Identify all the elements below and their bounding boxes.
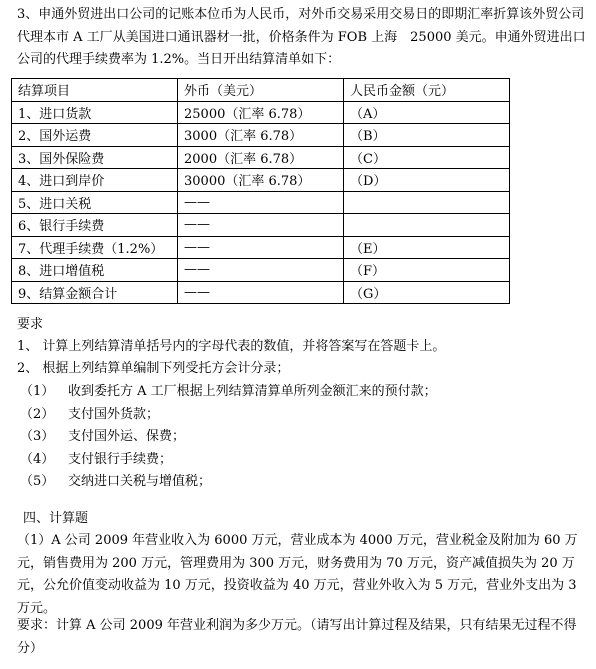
cell-foreign: —— (178, 214, 344, 237)
problem-intro: 3、申通外贸进出口公司的记账本位币为人民币，对外币交易采用交易日的即期汇率折算该… (17, 4, 592, 72)
settlement-table: 结算项目 外币（美元） 人民币金额（元） 1、进口货款 25000（汇率 6.7… (11, 78, 510, 304)
subitem-text: 收到委托方 A 工厂根据上列结算清算单所列金额汇来的预付款； (68, 384, 437, 399)
cell-rmb (344, 214, 510, 237)
header-foreign-currency: 外币（美元） (178, 79, 344, 102)
journal-subitem-1: （1）收到委托方 A 工厂根据上列结算清算单所列金额汇来的预付款； (20, 381, 437, 403)
table-row: 4、进口到岸价 30000（汇率 6.78） （D） (12, 169, 510, 192)
journal-subitem-3: （3）支付国外运、保费； (20, 426, 185, 448)
table-row: 7、代理手续费（1.2%） —— （E） (12, 236, 510, 259)
cell-item: 4、进口到岸价 (12, 169, 178, 192)
cell-rmb: （E） (344, 236, 510, 259)
cell-foreign: —— (178, 191, 344, 214)
table-row: 1、进口货款 25000（汇率 6.78） （A） (12, 101, 510, 124)
cell-rmb (344, 191, 510, 214)
header-rmb-amount: 人民币金额（元） (344, 79, 510, 102)
cell-foreign: —— (178, 281, 344, 304)
cell-item: 3、国外保险费 (12, 146, 178, 169)
requirement-2: 2、 根据上列结算单编制下列受托方会计分录； (17, 358, 289, 380)
cell-item: 5、进口关税 (12, 191, 178, 214)
cell-foreign: 3000（汇率 6.78） (178, 124, 344, 147)
subitem-number: （1） (20, 381, 68, 403)
table-row: 6、银行手续费 —— (12, 214, 510, 237)
calculation-problem: （1）A 公司 2009 年营业收入为 6000 万元，营业成本为 4000 万… (17, 530, 582, 620)
cell-rmb: （A） (344, 101, 510, 124)
subitem-text: 支付国外货款； (68, 407, 159, 422)
journal-subitem-2: （2）支付国外货款； (20, 404, 159, 426)
requirement-1: 1、 计算上列结算清单括号内的字母代表的数值，并将答案写在答题卡上。 (17, 336, 445, 358)
requirements-title: 要求 (17, 314, 43, 336)
section-title: 四、计算题 (23, 508, 88, 530)
table-row: 8、进口增值税 —— （F） (12, 259, 510, 282)
subitem-number: （5） (20, 471, 68, 493)
cell-item: 6、银行手续费 (12, 214, 178, 237)
cell-item: 1、进口货款 (12, 101, 178, 124)
cell-rmb: （C） (344, 146, 510, 169)
journal-subitem-5: （5）交纳进口关税与增值税； (20, 471, 211, 493)
cell-foreign: —— (178, 259, 344, 282)
subitem-text: 支付国外运、保费； (68, 429, 185, 444)
subitem-number: （3） (20, 426, 68, 448)
cell-item: 8、进口增值税 (12, 259, 178, 282)
table-row: 3、国外保险费 2000（汇率 6.78） （C） (12, 146, 510, 169)
journal-subitem-4: （4）支付银行手续费； (20, 449, 172, 471)
header-item: 结算项目 (12, 79, 178, 102)
table-row: 5、进口关税 —— (12, 191, 510, 214)
cell-item: 7、代理手续费（1.2%） (12, 236, 178, 259)
table-row: 2、国外运费 3000（汇率 6.78） （B） (12, 124, 510, 147)
cell-item: 2、国外运费 (12, 124, 178, 147)
subitem-text: 交纳进口关税与增值税； (68, 474, 211, 489)
cell-foreign: 25000（汇率 6.78） (178, 101, 344, 124)
calculation-requirement: 要求：计算 A 公司 2009 年营业利润为多少万元。（请写出计算过程及结果，只… (17, 615, 587, 660)
cell-foreign: 2000（汇率 6.78） (178, 146, 344, 169)
table-row: 9、结算金额合计 —— （G） (12, 281, 510, 304)
cell-foreign: —— (178, 236, 344, 259)
subitem-text: 支付银行手续费； (68, 452, 172, 467)
cell-rmb: （D） (344, 169, 510, 192)
cell-foreign: 30000（汇率 6.78） (178, 169, 344, 192)
cell-item: 9、结算金额合计 (12, 281, 178, 304)
table-header-row: 结算项目 外币（美元） 人民币金额（元） (12, 79, 510, 102)
cell-rmb: （B） (344, 124, 510, 147)
cell-rmb: （G） (344, 281, 510, 304)
subitem-number: （2） (20, 404, 68, 426)
cell-rmb: （F） (344, 259, 510, 282)
subitem-number: （4） (20, 449, 68, 471)
